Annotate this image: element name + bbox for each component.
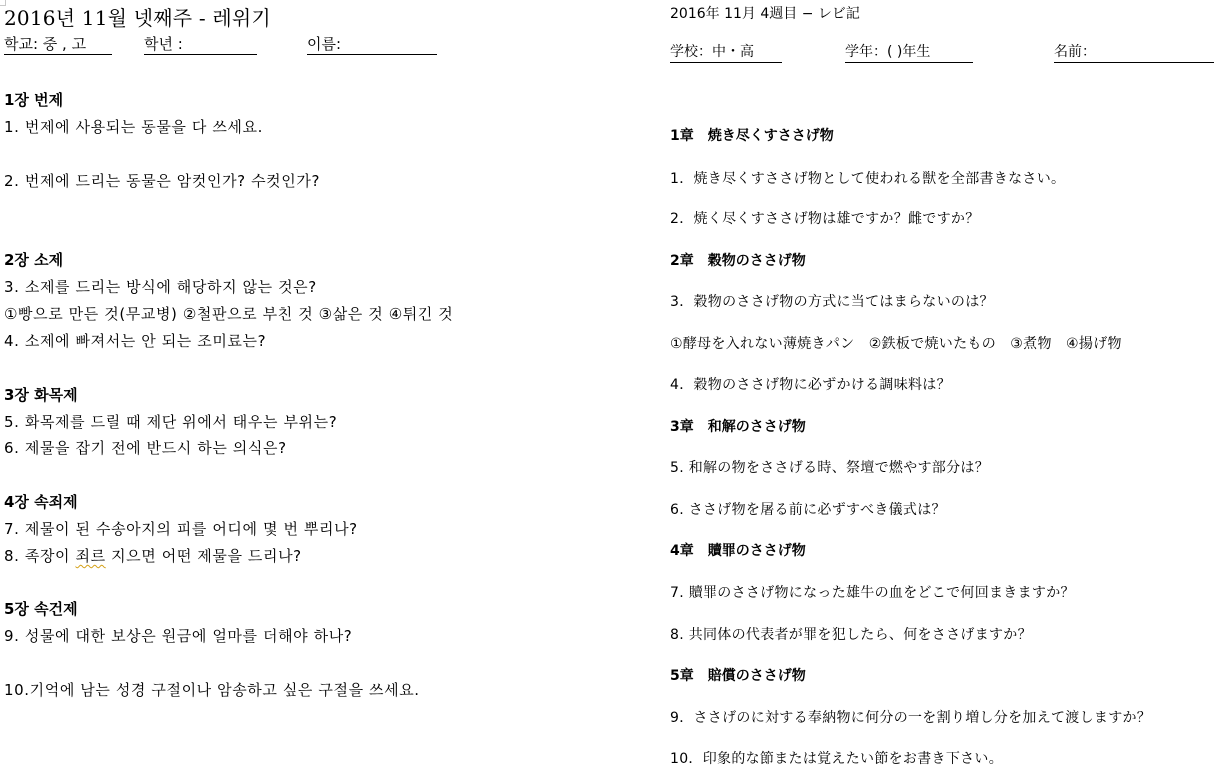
grade-label: 학년 : [144, 35, 183, 53]
name-label: 이름: [307, 35, 341, 53]
school-field[interactable]: 학교: 중 , 고 [4, 34, 112, 55]
question-2: 2．焼く尽くすささげ物は雄ですか？雌ですか？ [670, 208, 980, 228]
section-heading: 1章 焼き尽くすささげ物 [670, 125, 834, 145]
name-label: 名前： [1054, 44, 1096, 60]
section-heading: 2章 穀物のささげ物 [670, 250, 806, 270]
question-4: 4．穀物のささげ物に必ずかける調味料は？ [670, 374, 951, 394]
question-5: 5. 和解の物をささげる時、祭壇で燃やす部分は？ [670, 457, 989, 477]
question-7: 7. 제물이 된 수송아지의 피를 어디에 몇 번 뿌리나? [4, 518, 358, 539]
question-5: 5. 화목제를 드릴 때 제단 위에서 태우는 부위는? [4, 411, 337, 432]
section-heading: 1장 번제 [4, 89, 63, 110]
question-10: 10.기억에 남는 성경 구절이나 암송하고 싶은 구절을 쓰세요. [4, 679, 420, 700]
question-8-end: 지으면 어떤 제물을 드리나? [106, 547, 302, 565]
question-4: 4. 소제에 빠져서는 안 되는 조미료는? [4, 330, 266, 351]
grade-field[interactable]: 학년 : [144, 34, 257, 55]
question-1: 1．焼き尽くすささげ物として使われる獣を全部書きなさい。 [670, 168, 1065, 188]
school-label: 학교: 중 , 고 [4, 35, 86, 53]
school-field[interactable]: 学校：中・高 [670, 42, 782, 63]
section-heading: 4장 속죄제 [4, 491, 78, 512]
section-heading: 5章 賠償のささげ物 [670, 665, 806, 685]
spellcheck-flagged-word[interactable]: 죄르 [76, 547, 106, 565]
question-8: 8. 共同体の代表者が罪を犯したら、何をささげますか？ [670, 624, 1032, 644]
question-6: 6. ささげ物を屠る前に必ずすべき儀式は？ [670, 499, 946, 519]
name-field[interactable]: 名前： [1054, 42, 1214, 63]
question-8-start: 8. 족장이 [4, 547, 76, 565]
section-heading: 3章 和解のささげ物 [670, 416, 806, 436]
worksheet-title: 2016年 11月 4週目 − レビ記 [670, 3, 860, 23]
section-heading: 2장 소제 [4, 249, 63, 270]
question-10: 10．印象的な節または覚えたい節をお書き下さい。 [670, 748, 1003, 768]
section-heading: 5장 속건제 [4, 598, 78, 619]
name-field[interactable]: 이름: [307, 34, 437, 55]
question-2: 2. 번제에 드리는 동물은 암컷인가? 수컷인가? [4, 170, 320, 191]
section-heading: 3장 화목제 [4, 384, 78, 405]
question-3: 3．穀物のささげ物の方式に当てはまらないのは？ [670, 291, 994, 311]
question-3: 3. 소제를 드리는 방식에 해당하지 않는 것은? [4, 276, 317, 297]
worksheet-title: 2016년 11월 넷째주 - 레위기 [4, 2, 271, 31]
question-3-choices: ①酵母を入れない薄焼きパン ②鉄板で焼いたもの ③煮物 ④揚げ物 [670, 333, 1122, 353]
question-3-choices: ①빵으로 만든 것(무교병) ②철판으로 부친 것 ③삶은 것 ④튀긴 것 [4, 303, 453, 324]
section-heading: 4章 贖罪のささげ物 [670, 540, 806, 560]
question-8: 8. 족장이 죄르 지으면 어떤 제물을 드리나? [4, 545, 302, 566]
question-7: 7. 贖罪のささげ物になった雄牛の血をどこで何回まきますか？ [670, 582, 1075, 602]
question-6: 6. 제물을 잡기 전에 반드시 하는 의식은? [4, 437, 287, 458]
grade-label: 学年：( )年生 [845, 44, 930, 60]
question-9: 9．ささげのに対する奉納物に何分の一を割り増し分を加えて渡しますか？ [670, 707, 1151, 727]
grade-field[interactable]: 学年：( )年生 [845, 42, 973, 63]
school-label: 学校：中・高 [670, 44, 754, 60]
question-9: 9. 성물에 대한 보상은 원금에 얼마를 더해야 하나? [4, 625, 352, 646]
question-1: 1. 번제에 사용되는 동물을 다 쓰세요. [4, 116, 263, 137]
